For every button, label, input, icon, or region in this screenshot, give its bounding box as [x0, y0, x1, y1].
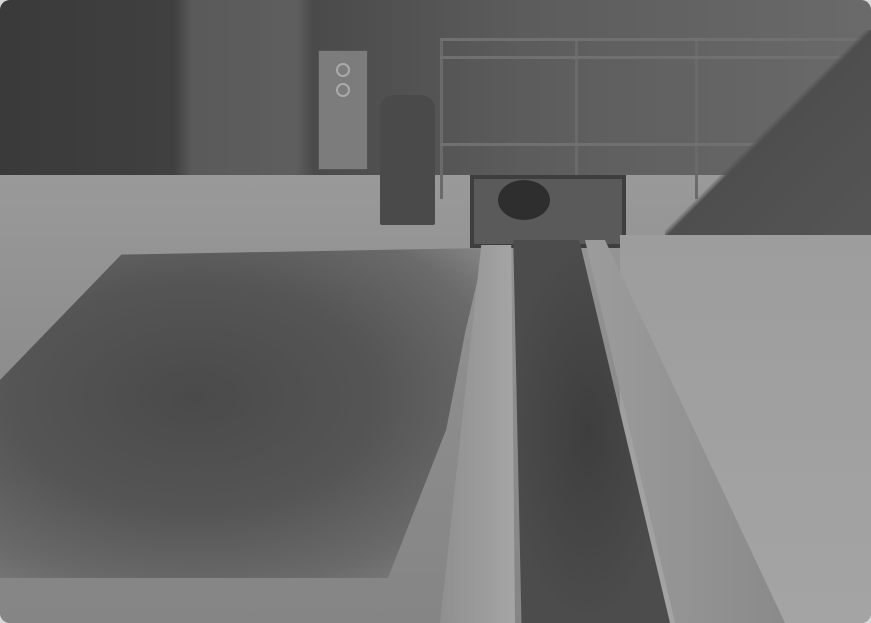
cabinet-knob: [336, 63, 350, 77]
control-cabinet: [318, 50, 368, 170]
bin: [380, 95, 435, 225]
tank-frame: [470, 175, 626, 248]
staircase: [665, 30, 871, 240]
wheel: [498, 180, 550, 220]
cabinet-knob: [336, 83, 350, 97]
railing-post: [440, 41, 443, 199]
photograph: [0, 0, 871, 623]
